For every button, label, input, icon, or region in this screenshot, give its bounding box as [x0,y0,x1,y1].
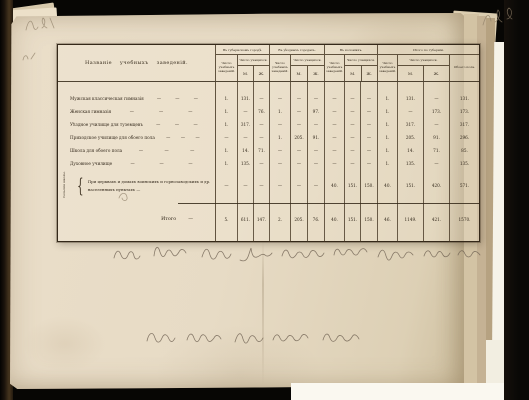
table-cell: — [269,118,290,131]
table-row: Уѣздное училище для туземцевъ———1.317.——… [58,118,479,131]
students-header: Число учащихся. [238,55,269,66]
table-cell: 1. [216,92,237,105]
row-label-lines: При церквахъ и домахъ воинскихъ и горноз… [88,179,211,192]
group-provincial-city: Въ губернскомъ городѣ. [216,45,269,54]
table-cell [237,82,253,92]
row-label [58,230,216,242]
table-cell: 71. [423,144,449,157]
pencil-margin-mark [20,50,40,64]
row-label: Духовное училище——— [58,157,216,170]
handwritten-note-bottom [143,328,379,350]
table-cell: 1. [377,118,397,131]
row-label-text: Уѣздное училище для туземцевъ [70,122,143,127]
table-cell: 1. [216,105,237,118]
table-cell: 135. [449,157,479,170]
table-cell [237,230,253,242]
row-label: Женская гимназія——— [58,105,216,118]
white-insert-sheet [291,383,504,400]
row-label-text: Мужская классическая гимназія [70,96,144,101]
table-cell [269,230,290,242]
female-header: Ж. [307,66,324,81]
row-label-text: Женская гимназія [70,109,111,114]
table-cell: — [307,157,324,170]
table-cell [360,82,377,92]
table-cell: 85. [449,144,479,157]
table-cell: — [253,131,269,144]
row-label: Школа для обоего пола——— [58,144,216,157]
leader-dashes: ——— [144,96,215,101]
table-cell: — [324,92,344,105]
row-label-text: Духовное училище [70,161,112,166]
table-cell [344,230,360,242]
table-cell: 317. [449,118,479,131]
table-cell: 205. [290,208,307,230]
table-cell [290,230,307,242]
table-cell: 1. [377,157,397,170]
table-cell: 97. [307,105,324,118]
totals-label: Итого— [58,208,216,230]
table-cell: — [269,170,290,200]
table-cell: 1. [377,92,397,105]
students-header-block: Число учащихся. М. Ж. [237,55,269,81]
table-cell: — [360,105,377,118]
group-province-total: Итого по губерніи. [377,45,479,54]
table-cell: — [344,131,360,144]
table-cell [290,82,307,92]
institutions-header: Число учебныхъ заведеній. [269,55,290,81]
table-cell [216,230,237,242]
table-cell: — [397,105,423,118]
photo-background [504,0,529,400]
table-cell: — [360,92,377,105]
students-header-block: Число учащихся. М. Ж. [344,55,377,81]
table-cell: 14. [237,144,253,157]
table-cell: 173. [449,105,479,118]
table-cell: 2. [269,208,290,230]
female-header: Ж. [253,66,269,81]
table-cell: 91. [307,131,324,144]
row-label: Мужская классическая гимназія——— [58,92,216,105]
statistics-table: Названіе учебныхъ заведеній. Въ губернск… [57,44,480,242]
row-label-line: населенныхъ пунктахъ — [88,187,211,192]
row-label [58,82,216,92]
institutions-header: Число учебныхъ заведеній. [377,55,397,81]
table-row [58,230,479,242]
totals-rule [178,203,479,204]
table-cell: 91. [423,131,449,144]
institutions-header: Число учебныхъ заведеній. [216,55,237,81]
students-header: Число учащихся. [291,55,324,66]
table-cell: 1. [269,131,290,144]
table-cell: — [344,118,360,131]
table-cell: — [360,131,377,144]
table-cell [449,82,479,92]
table-cell [253,200,269,208]
table-cell: 1. [377,144,397,157]
male-header: М. [398,66,423,81]
table-row [58,82,479,92]
table-cell: — [360,157,377,170]
table-cell: 1. [216,144,237,157]
table-cell [397,82,423,92]
table-cell [307,82,324,92]
table-cell [324,230,344,242]
leader-dashes: ——— [143,122,215,127]
table-cell: 131. [397,92,423,105]
table-cell: 571. [449,170,479,200]
table-cell [324,200,344,208]
table-cell: 1. [216,157,237,170]
table-cell [449,230,479,242]
table-cell: 1149. [397,208,423,230]
table-cell: — [237,131,253,144]
table-cell [360,230,377,242]
female-header: Ж. [423,66,449,81]
book-scan-photo: Названіе учебныхъ заведеній. Въ губернск… [0,0,529,400]
table-cell: 151. [397,170,423,200]
students-header: Число учащихся. [398,55,449,66]
table-cell [216,82,237,92]
table-cell: 1. [216,118,237,131]
leader-dashes: ——— [111,109,215,114]
table-cell: — [360,144,377,157]
table-cell: — [216,170,237,200]
table-cell: 611. [237,208,253,230]
table-row: Духовное училище———1.135.———————1.135.—1… [58,157,479,170]
table-cell: 1. [377,105,397,118]
table-cell: 150. [360,208,377,230]
table-cell: — [290,92,307,105]
both-sexes-header: Обоего пола. [449,55,479,81]
table-row: Итого—5.611.147.2.205.76.40.151.150.46.1… [58,208,479,230]
table-cell: 1. [269,105,290,118]
table-cell: 14. [397,144,423,157]
table-cell [253,230,269,242]
male-header: М. [238,66,253,81]
totals-dash: — [188,217,193,222]
table-cell [449,200,479,208]
table-cell: — [290,144,307,157]
leader-dashes: ——— [122,148,215,153]
sub-header-band: Число учебныхъ заведеній. Число учащихся… [216,55,479,81]
pencil-scribble [116,190,134,202]
table-cell: — [324,144,344,157]
table-cell: 151. [344,208,360,230]
row-label: Приходское училище для обоего пола——— [58,131,216,144]
table-cell [269,82,290,92]
table-cell: 71. [253,144,269,157]
table-cell [423,200,449,208]
male-header: М. [345,66,361,81]
table-cell: 135. [397,157,423,170]
table-cell: 205. [397,131,423,144]
table-cell: 173. [423,105,449,118]
table-cell [397,230,423,242]
table-cell: — [360,118,377,131]
table-cell: 317. [237,118,253,131]
table-cell [253,82,269,92]
column-group-band: Въ губернскомъ городѣ. Въ уѣздныхъ город… [216,45,479,55]
table-cell: 5. [216,208,237,230]
table-cell [307,230,324,242]
leader-dashes: ——— [112,161,215,166]
table-cell: — [423,92,449,105]
table-cell: — [307,92,324,105]
students-header-block: Число учащихся. М. Ж. [397,55,449,81]
table-cell: 205. [290,131,307,144]
students-header: Число учащихся. [345,55,377,66]
table-cell: — [269,157,290,170]
table-cell: — [253,170,269,200]
table-cell [377,82,397,92]
table-row: Школа для обоего пола———1.14.71.——————1.… [58,144,479,157]
table-cell: — [423,118,449,131]
table-cell: — [423,157,449,170]
table-cell: — [307,118,324,131]
table-cell: 1. [377,131,397,144]
handwritten-note-top [110,244,482,266]
table-cell: — [290,157,307,170]
table-cell: — [253,92,269,105]
table-cell [377,230,397,242]
table-cell: 317. [397,118,423,131]
table-cell: — [344,105,360,118]
table-row: Приходское училище для обоего пола——————… [58,131,479,144]
table-cell [344,82,360,92]
totals-word: Итого [161,217,176,222]
table-cell: — [344,92,360,105]
table-cell: — [269,144,290,157]
table-cell: — [324,118,344,131]
table-cell: 46. [377,208,397,230]
table-cell [377,200,397,208]
institutions-header: Число учебныхъ заведеній. [324,55,344,81]
table-row: Женская гимназія———1.—76.1.—97.———1.—173… [58,105,479,118]
table-cell: — [216,131,237,144]
pencil-folio-number [478,5,518,33]
table-cell: — [290,118,307,131]
table-cell: 76. [307,208,324,230]
table-cell [269,200,290,208]
table-cell: — [237,105,253,118]
table-cell: 40. [377,170,397,200]
table-cell: 151. [344,170,360,200]
table-cell: — [290,170,307,200]
table-cell: 421. [423,208,449,230]
table-cell: — [344,157,360,170]
header-columns: Въ губернскомъ городѣ. Въ уѣздныхъ город… [216,45,479,81]
row-label: Уѣздное училище для туземцевъ——— [58,118,216,131]
table-cell [344,200,360,208]
table-cell [290,200,307,208]
table-header: Названіе учебныхъ заведеній. Въ губернск… [58,45,479,82]
row-label-line: При церквахъ и домахъ воинскихъ и горноз… [88,179,211,184]
table-cell: — [324,157,344,170]
table-cell [397,200,423,208]
table-cell: — [253,118,269,131]
table-body: Мужская классическая гимназія———1.131.——… [58,82,479,242]
table-cell [216,200,237,208]
group-colonies: Въ колоніяхъ. [324,45,377,54]
table-cell [423,82,449,92]
leader-dashes: ——— [155,135,215,140]
table-cell: 147. [253,208,269,230]
table-cell: — [324,105,344,118]
row-label [58,200,216,208]
rotated-side-label: Сельскія школы. [59,161,69,209]
table-cell: 131. [449,92,479,105]
brace-glyph: { [77,172,83,198]
table-cell: — [307,144,324,157]
table-cell: 420. [423,170,449,200]
table-row: Мужская классическая гимназія———1.131.——… [58,92,479,105]
table-cell: — [269,92,290,105]
row-label-text: Приходское училище для обоего пола [70,135,155,140]
table-cell: 40. [324,170,344,200]
table-cell [237,200,253,208]
table-cell: 40. [324,208,344,230]
table-cell: 135. [237,157,253,170]
table-cell [423,230,449,242]
table-cell: 131. [237,92,253,105]
table-cell: — [253,157,269,170]
table-cell: — [290,105,307,118]
table-cell: — [237,170,253,200]
stub-header: Названіе учебныхъ заведеній. [58,45,216,81]
row-label-text: Школа для обоего пола [70,148,122,153]
table-cell [324,82,344,92]
table-cell [360,200,377,208]
pencil-corner-mark [20,10,62,38]
table-cell: 296. [449,131,479,144]
table-cell: — [307,170,324,200]
male-header: М. [291,66,307,81]
row-label: {При церквахъ и домахъ воинскихъ и горно… [58,170,216,200]
female-header: Ж. [361,66,378,81]
group-district-towns: Въ уѣздныхъ городахъ. [269,45,324,54]
table-cell [307,200,324,208]
table-cell: 1570. [449,208,479,230]
students-header-block: Число учащихся. М. Ж. [290,55,324,81]
table-cell: 76. [253,105,269,118]
table-cell: — [324,131,344,144]
table-cell: — [344,144,360,157]
table-cell: 150. [360,170,377,200]
